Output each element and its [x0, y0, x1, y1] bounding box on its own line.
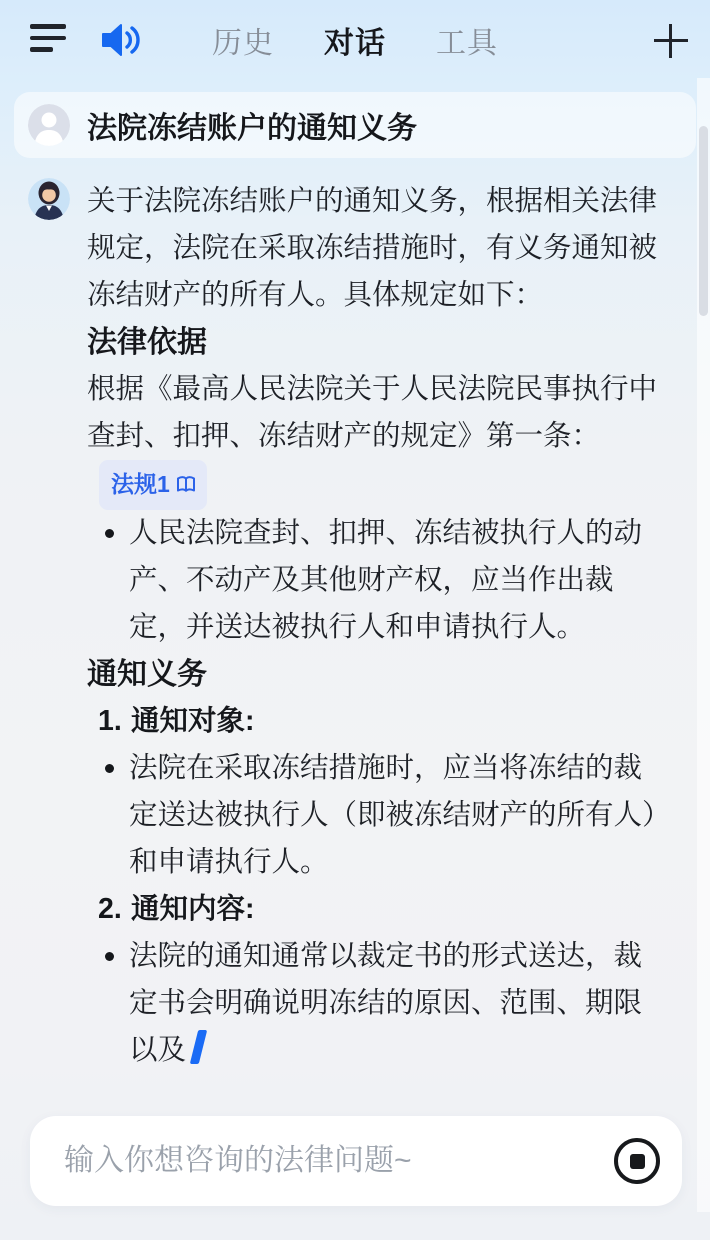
notice-duty-heading: 通知义务 [87, 651, 670, 698]
notice-item-1-detail: 法院在采取冻结措施时，应当将冻结的裁定送达被执行人（即被冻结财产的所有人）和申请… [87, 745, 670, 886]
book-icon [175, 474, 197, 496]
scrollbar-track[interactable] [697, 78, 710, 1212]
scrollbar-thumb[interactable] [699, 126, 708, 316]
user-message-row: 法院冻结账户的通知义务 [14, 92, 696, 158]
bullet-dot [103, 745, 129, 886]
notice-item-2-detail: 法院的通知通常以裁定书的形式送达，裁定书会明确说明冻结的原因、范围、期限以及 [87, 933, 670, 1074]
assistant-avatar [28, 178, 70, 220]
bullet-dot [103, 933, 129, 1074]
stop-generation-button[interactable] [614, 1138, 660, 1184]
assistant-message-row: 关于法院冻结账户的通知义务，根据相关法律规定，法院在采取冻结措施时，有义务通知被… [28, 178, 670, 1074]
user-avatar [28, 104, 70, 146]
item-title: 通知内容: [131, 886, 255, 933]
law-basis-intro: 根据《最高人民法院关于人民法院民事执行中查封、扣押、冻结财产的规定》第一条：法规… [87, 366, 670, 510]
bullet-dot [103, 510, 129, 651]
item-number: 1. [98, 698, 131, 745]
item-title: 通知对象: [131, 698, 255, 745]
stop-icon [630, 1154, 645, 1169]
assistant-message-body: 关于法院冻结账户的通知义务，根据相关法律规定，法院在采取冻结措施时，有义务通知被… [87, 178, 670, 1074]
chat-area: 法院冻结账户的通知义务 关于法院冻结账户的通知义务，根据相关法律规定，法院在采取… [0, 80, 710, 1074]
notice-item-1-text: 法院在采取冻结措施时，应当将冻结的裁定送达被执行人（即被冻结财产的所有人）和申请… [129, 745, 670, 886]
streaming-cursor [190, 1030, 207, 1064]
tab-conversation[interactable]: 对话 [324, 18, 386, 62]
law-quote-bullet: 人民法院查封、扣押、冻结被执行人的动产、不动产及其他财产权，应当作出裁定，并送达… [87, 510, 670, 651]
notice-item-2-partial-text: 法院的通知通常以裁定书的形式送达，裁定书会明确说明冻结的原因、范围、期限以及 [129, 940, 642, 1066]
question-input[interactable] [64, 1144, 614, 1178]
tab-history[interactable]: 历史 [212, 18, 274, 62]
law-quote-text: 人民法院查封、扣押、冻结被执行人的动产、不动产及其他财产权，应当作出裁定，并送达… [129, 510, 670, 651]
notice-item-1-title-row: 1. 通知对象: [87, 698, 670, 745]
new-chat-plus-icon[interactable] [654, 24, 688, 58]
notice-item-2-text: 法院的通知通常以裁定书的形式送达，裁定书会明确说明冻结的原因、范围、期限以及 [129, 933, 670, 1074]
law-citation-label: 法规1 [111, 461, 170, 508]
law-basis-intro-text: 根据《最高人民法院关于人民法院民事执行中查封、扣押、冻结财产的规定》第一条： [87, 373, 657, 452]
item-number: 2. [98, 886, 131, 933]
tab-tools[interactable]: 工具 [436, 18, 498, 62]
tab-bar: 历史 对话 工具 [0, 0, 710, 80]
law-basis-heading: 法律依据 [87, 319, 670, 366]
user-message-text: 法院冻结账户的通知义务 [87, 103, 417, 147]
notice-item-2-title-row: 2. 通知内容: [87, 886, 670, 933]
top-bar: 历史 对话 工具 [0, 0, 710, 80]
message-composer [30, 1116, 682, 1206]
assistant-intro: 关于法院冻结账户的通知义务，根据相关法律规定，法院在采取冻结措施时，有义务通知被… [87, 178, 670, 319]
law-citation-tag[interactable]: 法规1 [99, 460, 207, 510]
